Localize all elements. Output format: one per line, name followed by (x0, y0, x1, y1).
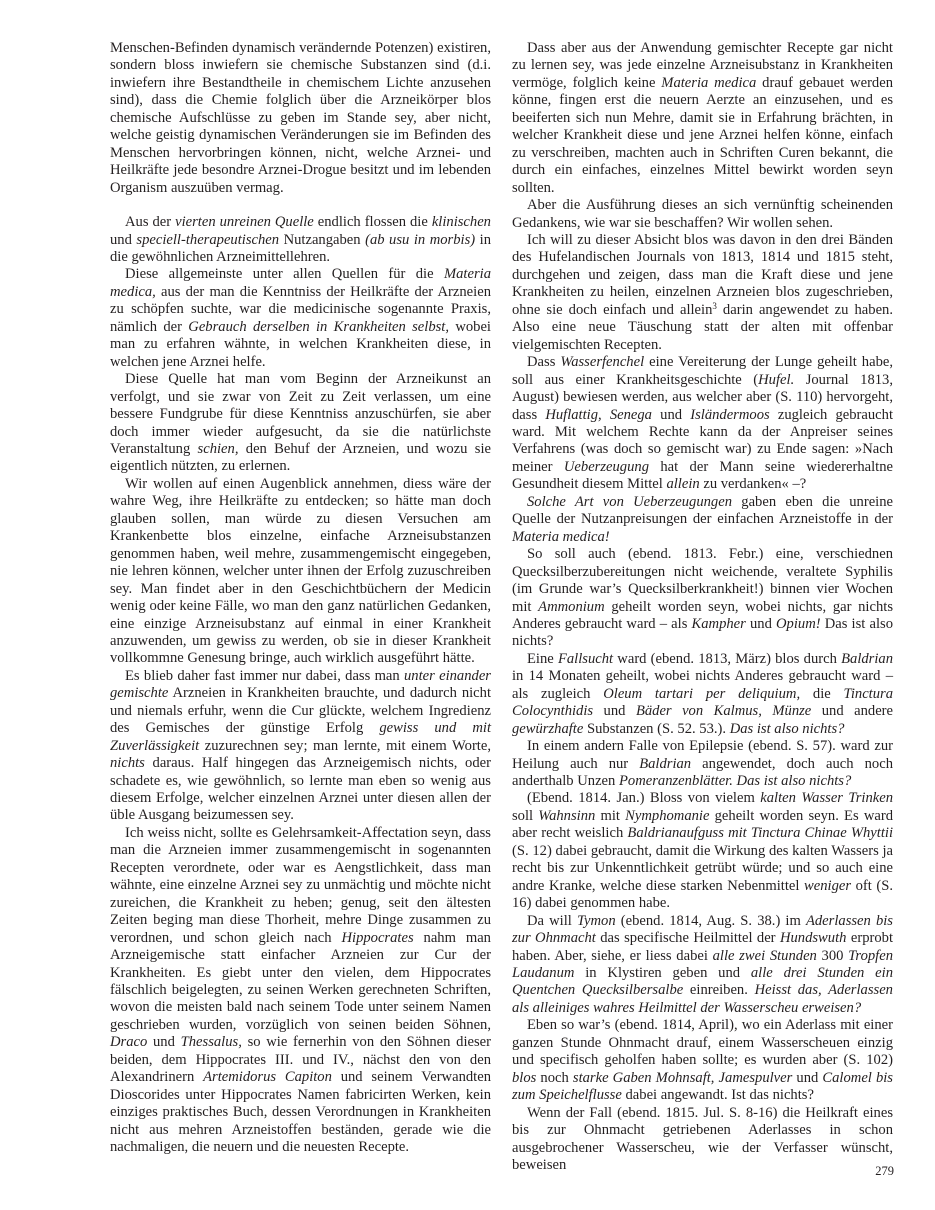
paragraph: (Ebend. 1814. Jan.) Bloss von vielem kal… (512, 790, 893, 912)
text-run: zuzurechnen sey; man lernte, mit einem W… (199, 738, 491, 754)
paragraph: Ich weiss nicht, sollte es Gelehrsamkeit… (110, 825, 491, 1157)
italic-text: Das ist also nichts? (730, 721, 845, 737)
italic-text: Hippocrates (341, 930, 413, 946)
text-run: Wir wollen auf einen Augenblick annehmen… (110, 476, 491, 667)
document-page: Menschen-Befinden dynamisch verändernde … (0, 0, 935, 1210)
italic-text: Huflattig, Senega (545, 407, 652, 423)
paragraph: Es blieb daher fast immer nur dabei, das… (110, 668, 491, 825)
text-run: Eben so war’s (ebend. 1814, April), wo e… (512, 1017, 893, 1068)
italic-text: speciell-therapeutischen (136, 232, 279, 248)
text-run: endlich flossen die (314, 214, 432, 230)
italic-text: Solche Art von Ueberzeugungen (527, 494, 732, 510)
text-run: Ich weiss nicht, sollte es Gelehrsamkeit… (110, 825, 491, 946)
italic-text: (ab usu in morbis) (365, 232, 475, 248)
italic-text: blos (512, 1070, 536, 1086)
text-run: einreiben. (683, 982, 754, 998)
paragraph: Aus der vierten unreinen Quelle endlich … (110, 214, 491, 266)
paragraph: Solche Art von Ueberzeugungen gaben eben… (512, 494, 893, 546)
italic-text: Hundswuth (780, 930, 847, 946)
paragraph: Ich will zu dieser Absicht blos was davo… (512, 232, 893, 354)
italic-text: kalten Wasser Trinken (760, 790, 893, 806)
text-run: und (792, 1070, 822, 1086)
text-run: Es blieb daher fast immer nur dabei, das… (125, 668, 404, 684)
text-run: (ebend. 1814, Aug. S. 38.) im (616, 913, 806, 929)
paragraph: Aber die Ausführung dieses an sich vernü… (512, 197, 893, 232)
text-run: und (652, 407, 690, 423)
left-column: Menschen-Befinden dynamisch verändernde … (110, 40, 491, 1157)
text-run: Substanzen (S. 52. 53.). (583, 721, 729, 737)
italic-text: Hufel. (758, 372, 794, 388)
italic-text: Fallsucht (558, 651, 613, 667)
italic-text: Baldrianaufguss mit Tinctura Chinae Whyt… (627, 825, 893, 841)
italic-text: Draco (110, 1034, 147, 1050)
text-run: Menschen-Befinden dynamisch verändernde … (110, 40, 491, 196)
text-run: und (147, 1034, 180, 1050)
italic-text: Bäder von Kalmus, Münze (636, 703, 811, 719)
text-run: und (593, 703, 636, 719)
paragraph: Wir wollen auf einen Augenblick annehmen… (110, 476, 491, 668)
italic-text: Oleum tartari per deliquium, (603, 686, 800, 702)
italic-text: Pomeranzenblätter. Das ist also nichts? (619, 773, 851, 789)
right-column: Dass aber aus der Anwendung gemischter R… (512, 40, 893, 1174)
italic-text: klinischen (432, 214, 491, 230)
italic-text: starke Gaben Mohnsaft, Jamespulver (573, 1070, 792, 1086)
italic-text: Materia medica! (512, 529, 610, 545)
text-run: Dass (527, 354, 560, 370)
text-run: Wenn der Fall (ebend. 1815. Jul. S. 8-16… (512, 1105, 893, 1173)
text-run: 300 (817, 948, 848, 964)
italic-text: Tymon (577, 913, 616, 929)
paragraph: Da will Tymon (ebend. 1814, Aug. S. 38.)… (512, 913, 893, 1018)
text-run: die (800, 686, 843, 702)
italic-text: gewürzhafte (512, 721, 583, 737)
text-run: noch (536, 1070, 573, 1086)
paragraph: Dass Wasserfenchel eine Vereiterung der … (512, 354, 893, 494)
italic-text: alle zwei Stunden (713, 948, 817, 964)
italic-text: Baldrian (841, 651, 893, 667)
italic-text: Opium! (776, 616, 821, 632)
text-run: Eine (527, 651, 558, 667)
paragraph: Eben so war’s (ebend. 1814, April), wo e… (512, 1017, 893, 1104)
italic-text: nichts (110, 755, 145, 771)
italic-text: weniger (804, 878, 851, 894)
text-run: dabei angewandt. Ist das nichts? (622, 1087, 814, 1103)
italic-text: Nymphomanie (625, 808, 709, 824)
text-run: Aus der (125, 214, 175, 230)
text-run: in Klystiren geben und (574, 965, 750, 981)
italic-text: Materia medica (661, 75, 756, 91)
italic-text: Kampher (692, 616, 746, 632)
italic-text: Baldrian (639, 756, 691, 772)
italic-text: Wahnsinn (538, 808, 595, 824)
text-run: zu verdanken« –? (700, 476, 807, 492)
text-run: ward (ebend. 1813, März) blos durch (613, 651, 841, 667)
paragraph: Menschen-Befinden dynamisch verändernde … (110, 40, 491, 197)
italic-text: Artemidorus Capiton (203, 1069, 332, 1085)
italic-text: allein (666, 476, 699, 492)
text-run: Aber die Ausführung dieses an sich vernü… (512, 197, 893, 230)
italic-text: Thessalus, (181, 1034, 242, 1050)
paragraph: So soll auch (ebend. 1813. Febr.) eine, … (512, 546, 893, 651)
text-run: Nutzangaben (279, 232, 365, 248)
paragraph: In einem andern Falle von Epilepsie (ebe… (512, 738, 893, 790)
paragraph: Diese Quelle hat man vom Beginn der Arzn… (110, 371, 491, 476)
text-run: soll (512, 808, 538, 824)
text-run: drauf gebauet werden könne, fingen erst … (512, 75, 893, 196)
text-run: Diese allgemeinste unter allen Quellen f… (125, 266, 444, 282)
paragraph: Diese allgemeinste unter allen Quellen f… (110, 266, 491, 371)
text-run: das specifische Heilmittel der (596, 930, 780, 946)
text-run: und (746, 616, 776, 632)
italic-text: Ammonium (538, 599, 604, 615)
text-run: und andere (811, 703, 893, 719)
text-run: daraus. Half hingegen das Arzneigemisch … (110, 755, 491, 823)
italic-text: schien, (198, 441, 239, 457)
italic-text: Gebrauch derselben in Krankheiten selbst… (188, 319, 449, 335)
text-run: Da will (527, 913, 577, 929)
text-run: und (110, 232, 136, 248)
paragraph: Dass aber aus der Anwendung gemischter R… (512, 40, 893, 197)
paragraph: Wenn der Fall (ebend. 1815. Jul. S. 8-16… (512, 1105, 893, 1175)
text-run: (Ebend. 1814. Jan.) Bloss von vielem (527, 790, 760, 806)
paragraph: Eine Fallsucht ward (ebend. 1813, März) … (512, 651, 893, 738)
text-run: mit (595, 808, 625, 824)
page-number: 279 (862, 1163, 894, 1180)
italic-text: vierten unreinen Quelle (175, 214, 314, 230)
italic-text: Wasserfenchel (560, 354, 644, 370)
italic-text: Ueberzeugung (564, 459, 649, 475)
italic-text: Isländermoos (690, 407, 769, 423)
